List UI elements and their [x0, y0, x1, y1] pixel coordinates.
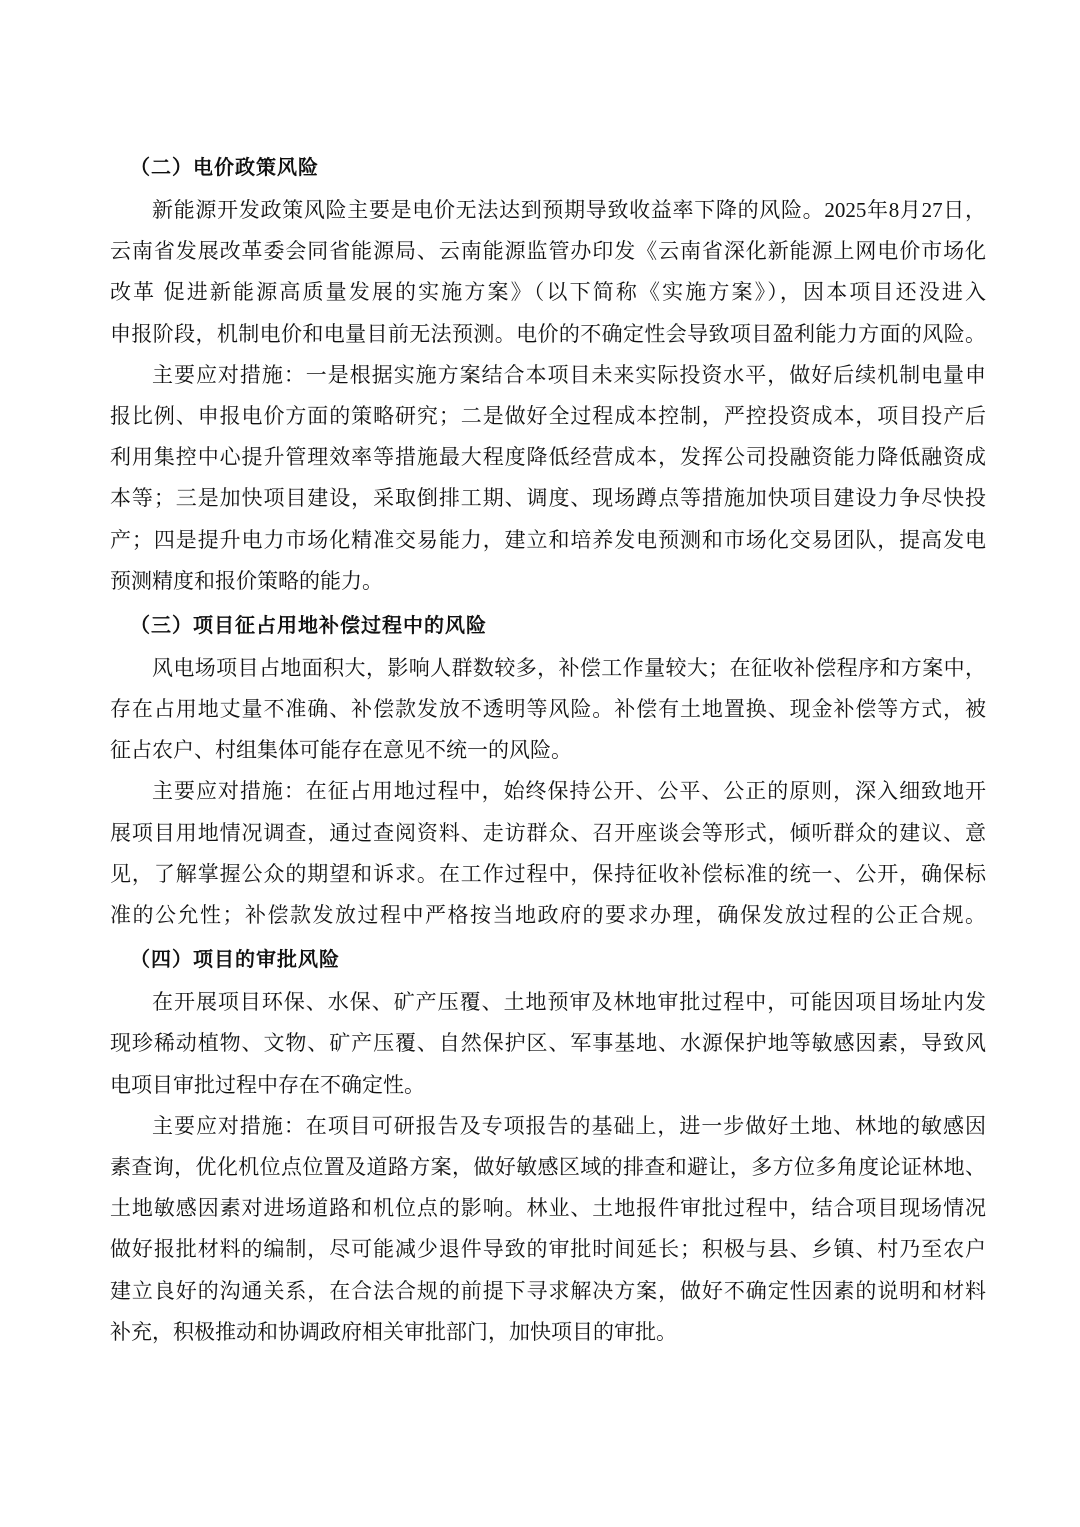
- text-line: 主要应对措施：一是根据实施方案结合本项目未来实际投资水平，做好后续机制电量申: [110, 355, 986, 396]
- text-line: 主要应对措施：在项目可研报告及专项报告的基础上，进一步做好土地、林地的敏感因: [110, 1106, 986, 1147]
- paragraph-countermeasures: 主要应对措施：在项目可研报告及专项报告的基础上，进一步做好土地、林地的敏感因 素…: [110, 1106, 986, 1353]
- text-line: 素查询，优化机位点位置及道路方案，做好敏感区域的排查和避让，多方位多角度论证林地…: [110, 1147, 986, 1188]
- text-line: 云南省发展改革委会同省能源局、云南能源监管办印发《云南省深化新能源上网电价市场化: [110, 231, 986, 272]
- text-line: 利用集控中心提升管理效率等措施最大程度降低经营成本，发挥公司投融资能力降低融资成: [110, 437, 986, 478]
- text-line: 报比例、申报电价方面的策略研究；二是做好全过程成本控制，严控投资成本，项目投产后: [110, 396, 986, 437]
- paragraph-risk-description: 新能源开发政策风险主要是电价无法达到预期导致收益率下降的风险。2025年8月27…: [110, 190, 986, 355]
- text-line: 在开展项目环保、水保、矿产压覆、土地预审及林地审批过程中，可能因项目场址内发: [110, 982, 986, 1023]
- text-line: 存在占用地丈量不准确、补偿款发放不透明等风险。补偿有土地置换、现金补偿等方式，被: [110, 689, 986, 730]
- text-line: 电项目审批过程中存在不确定性。: [110, 1065, 986, 1106]
- section-electricity-price-policy-risk: （二）电价政策风险 新能源开发政策风险主要是电价无法达到预期导致收益率下降的风险…: [110, 146, 986, 602]
- paragraph-risk-description: 风电场项目占地面积大，影响人群数较多，补偿工作量较大；在征收补偿程序和方案中， …: [110, 648, 986, 772]
- section-heading: （四）项目的审批风险: [110, 938, 986, 980]
- text-line: 产；四是提升电力市场化精准交易能力，建立和培养发电预测和市场化交易团队，提高发电: [110, 520, 986, 561]
- text-line: 现珍稀动植物、文物、矿产压覆、自然保护区、军事基地、水源保护地等敏感因素，导致风: [110, 1023, 986, 1064]
- text-line: 土地敏感因素对进场道路和机位点的影响。林业、土地报件审批过程中，结合项目现场情况: [110, 1188, 986, 1229]
- text-line: 本等；三是加快项目建设，采取倒排工期、调度、现场蹲点等措施加快项目建设力争尽快投: [110, 478, 986, 519]
- text-line: 预测精度和报价策略的能力。: [110, 561, 986, 602]
- section-approval-risk: （四）项目的审批风险 在开展项目环保、水保、矿产压覆、土地预审及林地审批过程中，…: [110, 936, 986, 1353]
- text-line: 做好报批材料的编制，尽可能减少退件导致的审批时间延长；积极与县、乡镇、村乃至农户: [110, 1229, 986, 1270]
- text-line: 建立良好的沟通关系，在合法合规的前提下寻求解决方案，做好不确定性因素的说明和材料: [110, 1271, 986, 1312]
- text-line: 主要应对措施：在征占用地过程中，始终保持公开、公平、公正的原则，深入细致地开: [110, 771, 986, 812]
- section-land-compensation-risk: （三）项目征占用地补偿过程中的风险 风电场项目占地面积大，影响人群数较多，补偿工…: [110, 602, 986, 936]
- text-line: 新能源开发政策风险主要是电价无法达到预期导致收益率下降的风险。2025年8月27…: [110, 190, 986, 231]
- paragraph-risk-description: 在开展项目环保、水保、矿产压覆、土地预审及林地审批过程中，可能因项目场址内发 现…: [110, 982, 986, 1106]
- text-line: 申报阶段，机制电价和电量目前无法预测。电价的不确定性会导致项目盈利能力方面的风险…: [110, 314, 986, 355]
- text-line: 风电场项目占地面积大，影响人群数较多，补偿工作量较大；在征收补偿程序和方案中，: [110, 648, 986, 689]
- text-line: 展项目用地情况调查，通过查阅资料、走访群众、召开座谈会等形式，倾听群众的建议、意: [110, 813, 986, 854]
- paragraph-countermeasures: 主要应对措施：一是根据实施方案结合本项目未来实际投资水平，做好后续机制电量申 报…: [110, 355, 986, 602]
- document-page: （二）电价政策风险 新能源开发政策风险主要是电价无法达到预期导致收益率下降的风险…: [110, 146, 986, 1353]
- text-line: 改革 促进新能源高质量发展的实施方案》（以下简称《实施方案》），因本项目还没进入: [110, 272, 986, 313]
- paragraph-countermeasures: 主要应对措施：在征占用地过程中，始终保持公开、公平、公正的原则，深入细致地开 展…: [110, 771, 986, 936]
- text-line: 见，了解掌握公众的期望和诉求。在工作过程中，保持征收补偿标准的统一、公开，确保标: [110, 854, 986, 895]
- section-heading: （三）项目征占用地补偿过程中的风险: [110, 604, 986, 646]
- text-line: 征占农户、村组集体可能存在意见不统一的风险。: [110, 730, 986, 771]
- text-line: 补充，积极推动和协调政府相关审批部门，加快项目的审批。: [110, 1312, 986, 1353]
- section-heading: （二）电价政策风险: [110, 146, 986, 188]
- text-line: 准的公允性；补偿款发放过程中严格按当地政府的要求办理，确保发放过程的公正合规。: [110, 895, 986, 936]
